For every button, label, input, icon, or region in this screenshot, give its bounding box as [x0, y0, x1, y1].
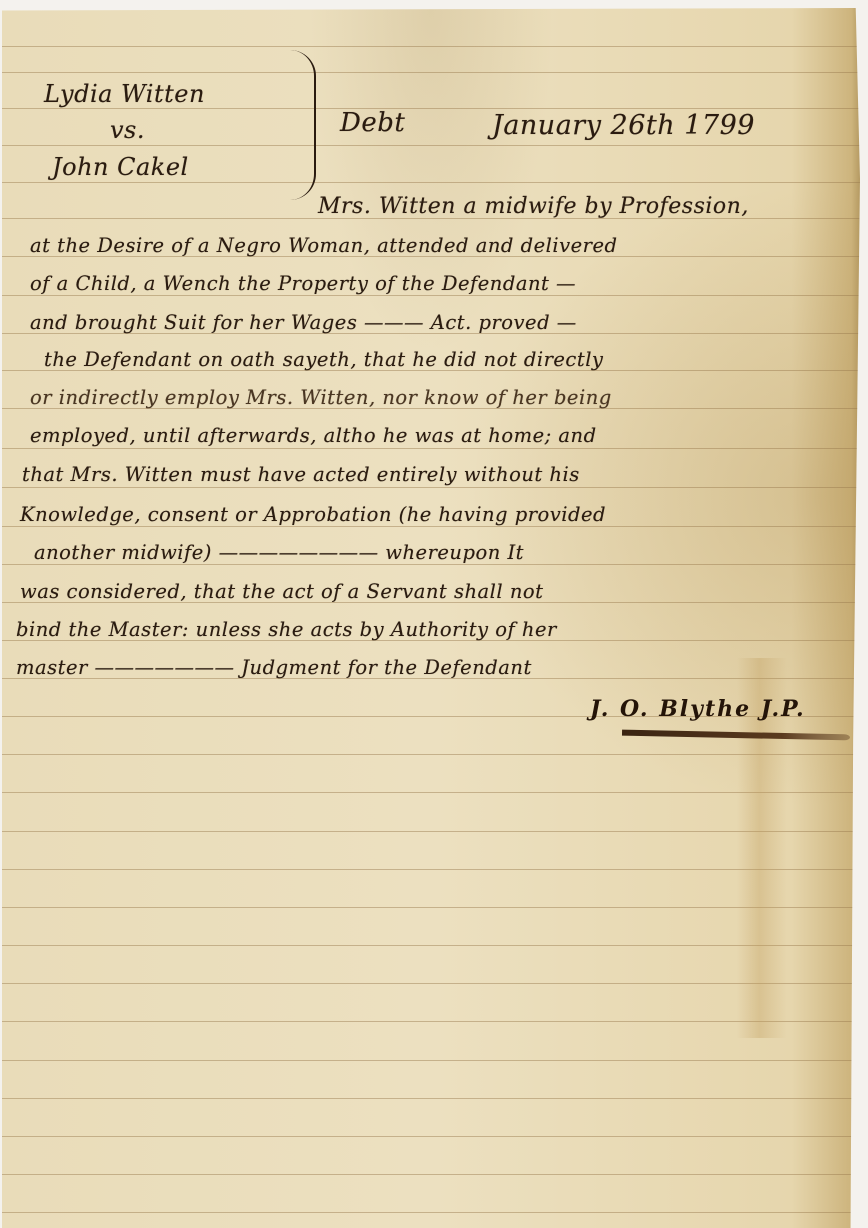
body-line: Knowledge, consent or Approbation (he ha… [20, 503, 606, 526]
rule-line [2, 448, 860, 449]
rule-line [2, 754, 860, 755]
body-line: employed, until afterwards, altho he was… [30, 424, 597, 447]
body-line: was considered, that the act of a Servan… [20, 580, 543, 603]
body-line: bind the Master: unless she acts by Auth… [16, 618, 557, 641]
rule-line [2, 945, 860, 946]
rule-line [2, 72, 860, 73]
rule-line [2, 526, 860, 527]
rule-line [2, 1136, 860, 1137]
rule-line [2, 1212, 860, 1213]
rule-line [2, 983, 860, 984]
body-line: master ——————— Judgment for the Defendan… [16, 656, 532, 679]
rule-line [2, 1060, 860, 1061]
rule-line [2, 487, 860, 488]
rule-line [2, 295, 860, 296]
rule-line [2, 1098, 860, 1099]
plaintiff-name: Lydia Witten [44, 80, 205, 108]
rule-line [2, 1174, 860, 1175]
caption-brace [290, 50, 316, 200]
rule-line [2, 831, 860, 832]
document-sheet: Lydia Witten vs. John Cakel Debt January… [2, 8, 860, 1228]
rule-line [2, 1021, 860, 1022]
rule-line [2, 145, 860, 146]
rule-line [2, 792, 860, 793]
body-line: at the Desire of a Negro Woman, attended… [30, 234, 618, 257]
rule-line [2, 108, 860, 109]
signature-underline [622, 730, 850, 741]
defendant-name: John Cakel [52, 153, 189, 181]
body-line: another midwife) ———————— whereupon It [34, 541, 524, 564]
body-line: and brought Suit for her Wages ——— Act. … [30, 311, 577, 334]
rule-line [2, 182, 860, 183]
body-line: the Defendant on oath sayeth, that he di… [44, 348, 603, 371]
action-type: Debt [340, 108, 405, 138]
rule-line [2, 869, 860, 870]
rule-line [2, 564, 860, 565]
body-line: Mrs. Witten a midwife by Profession, [318, 194, 749, 219]
body-line: of a Child, a Wench the Property of the … [30, 272, 576, 295]
justice-signature: J. O. Blythe J.P. [590, 696, 806, 722]
record-date: January 26th 1799 [492, 110, 755, 141]
body-line: that Mrs. Witten must have acted entirel… [22, 463, 580, 486]
rule-line [2, 907, 860, 908]
body-line: or indirectly employ Mrs. Witten, nor kn… [30, 386, 612, 409]
rule-line [2, 46, 860, 47]
versus-label: vs. [110, 116, 145, 144]
